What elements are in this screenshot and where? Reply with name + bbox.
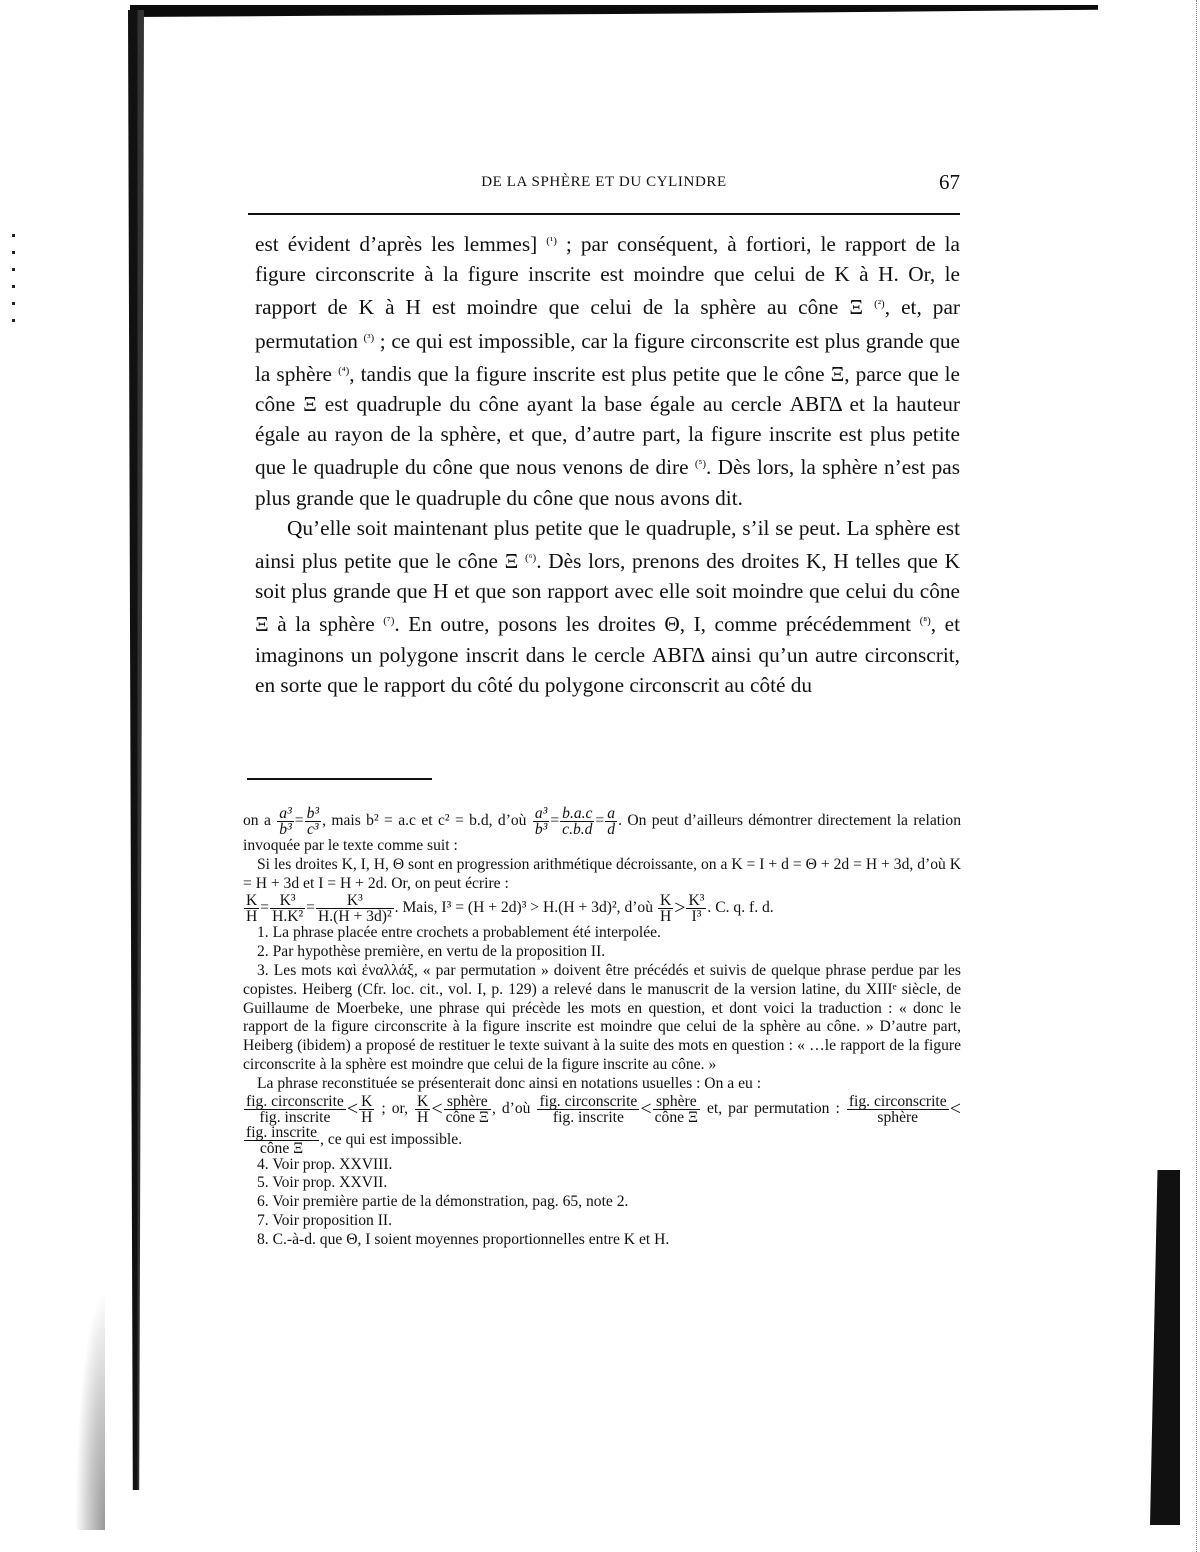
less-than: < xyxy=(640,1098,651,1120)
equals: = xyxy=(595,812,604,829)
denominator: sphère xyxy=(847,1110,949,1125)
footnote-7: 7. Voir proposition II. xyxy=(243,1212,961,1231)
footnote-number: 3. xyxy=(257,962,269,979)
footnote-ref-8[interactable]: (⁸) xyxy=(920,615,931,627)
footnote-ref-6[interactable]: (⁶) xyxy=(525,552,536,564)
fraction: fig. circonscritefig. inscrite xyxy=(537,1094,639,1125)
fraction: ad xyxy=(605,806,617,837)
fraction: a³b³ xyxy=(533,806,549,837)
text-run: . C. q. f. d. xyxy=(707,899,773,916)
denominator: H xyxy=(415,1110,430,1125)
text-run: , ce qui est impossible. xyxy=(320,1131,462,1148)
denominator: H.(H + 3d)² xyxy=(316,909,394,924)
text-run: et, par permutation : xyxy=(707,1100,840,1117)
denominator: c³ xyxy=(305,822,321,837)
numerator: b.a.c xyxy=(560,806,594,822)
running-title: DE LA SPHÈRE ET DU CYLINDRE xyxy=(248,174,960,191)
text-run: , d’où xyxy=(492,1100,531,1117)
denominator: fig. inscrite xyxy=(537,1110,639,1125)
running-header: DE LA SPHÈRE ET DU CYLINDRE 67 xyxy=(248,170,960,196)
footnote-text: Voir première partie de la démonstration… xyxy=(272,1193,628,1210)
less-than: < xyxy=(347,1098,358,1120)
less-than: < xyxy=(950,1098,961,1120)
fraction: KH xyxy=(244,893,259,924)
fraction: sphèrecône Ξ xyxy=(444,1094,491,1125)
fraction: K³I³ xyxy=(686,893,706,924)
numerator: b³ xyxy=(305,806,321,822)
margin-specks xyxy=(12,220,18,420)
fraction: KH xyxy=(415,1094,430,1125)
main-text: est évident d’après les lemmes] (¹) ; pa… xyxy=(255,226,960,700)
footnote-text: Par hypothèse première, en vertu de la p… xyxy=(273,943,606,960)
footnote-text: La phrase placée entre crochets a probab… xyxy=(273,924,661,941)
denominator: cône Ξ xyxy=(244,1141,319,1156)
footnote-number: 6. xyxy=(257,1193,269,1210)
fraction: fig. circonscritefig. inscrite xyxy=(244,1094,346,1125)
denominator: b³ xyxy=(277,822,293,837)
denominator: H.K² xyxy=(270,909,305,924)
scan-right-border xyxy=(1196,0,1198,1552)
footnote-ref-2[interactable]: (²) xyxy=(874,298,885,310)
footnote-text: Voir prop. XXVII. xyxy=(272,1174,387,1191)
scan-right-edge xyxy=(1150,1170,1180,1525)
footnote-number: 2. xyxy=(257,943,269,960)
denominator: H xyxy=(244,909,259,924)
text-run: La phrase reconstituée se présenterait d… xyxy=(257,1075,761,1092)
footnote-number: 7. xyxy=(257,1212,269,1229)
numerator: K xyxy=(244,893,259,909)
numerator: fig. circonscrite xyxy=(847,1094,949,1110)
numerator: fig. inscrite xyxy=(244,1125,319,1141)
text-run: . En outre, posons les droites Θ, I, com… xyxy=(394,612,919,636)
footnote-5: 5. Voir prop. XXVII. xyxy=(243,1174,961,1193)
fraction: K³H.K² xyxy=(270,893,305,924)
fraction: sphèrecône Ξ xyxy=(653,1094,700,1125)
text-run: on a xyxy=(243,812,271,829)
fraction: fig. inscritecône Ξ xyxy=(244,1125,319,1156)
equals: = xyxy=(550,812,559,829)
footnote-1: 1. La phrase placée entre crochets a pro… xyxy=(243,924,961,943)
scan-binding-shadow xyxy=(128,10,144,1490)
denominator: cône Ξ xyxy=(653,1110,700,1125)
numerator: sphère xyxy=(653,1094,700,1110)
footnote-ref-4[interactable]: (⁴) xyxy=(338,365,349,377)
numerator: fig. circonscrite xyxy=(537,1094,639,1110)
numerator: sphère xyxy=(444,1094,491,1110)
numerator: K³ xyxy=(686,893,706,909)
text-run: . Mais, I³ = (H + 2d)³ > H.(H + 3d)², d’… xyxy=(395,899,653,916)
footnote-text: C.-à-d. que Θ, I soient moyennes proport… xyxy=(273,1231,670,1248)
numerator: fig. circonscrite xyxy=(244,1094,346,1110)
footnote-3: 3. Les mots καὶ ἐναλλάξ, « par permutati… xyxy=(243,962,961,1075)
footnotes: on a a³b³=b³c³, mais b² = a.c et c² = b.… xyxy=(243,806,961,1250)
footnote-6: 6. Voir première partie de la démonstrat… xyxy=(243,1193,961,1212)
paragraph-2: Qu’elle soit maintenant plus petite que … xyxy=(255,513,960,700)
fraction: K³H.(H + 3d)² xyxy=(316,893,394,924)
fraction: KH xyxy=(658,893,673,924)
fraction: b³c³ xyxy=(305,806,321,837)
numerator: a³ xyxy=(277,806,293,822)
reconstitution-formula: fig. circonscritefig. inscrite<KH ; or, … xyxy=(243,1094,961,1156)
footnote-number: 4. xyxy=(257,1156,269,1173)
numerator: a xyxy=(605,806,617,822)
text-run: est évident d’après les lemmes] xyxy=(255,232,546,256)
footnote-ref-1[interactable]: (¹) xyxy=(546,235,557,247)
denominator: I³ xyxy=(686,909,706,924)
less-than: < xyxy=(431,1098,442,1120)
denominator: b³ xyxy=(533,822,549,837)
footnote-text: Voir prop. XXVIII. xyxy=(272,1156,392,1173)
scan-shadow-fade xyxy=(75,1290,105,1530)
denominator: c.b.d xyxy=(560,822,594,837)
footnote-number: 8. xyxy=(257,1231,269,1248)
footnote-ref-5[interactable]: (⁵) xyxy=(695,458,706,470)
fraction: fig. circonscritesphère xyxy=(847,1094,949,1125)
header-rule xyxy=(248,213,960,215)
fraction: a³b³ xyxy=(277,806,293,837)
text-run: , mais b² = a.c et c² = b.d, d’où xyxy=(322,812,526,829)
footnote-rule xyxy=(247,778,432,780)
fraction: KH xyxy=(359,1094,374,1125)
footnote-8: 8. C.-à-d. que Θ, I soient moyennes prop… xyxy=(243,1231,961,1250)
footnote-proof-formula: KH=K³H.K²=K³H.(H + 3d)². Mais, I³ = (H +… xyxy=(243,893,961,924)
numerator: a³ xyxy=(533,806,549,822)
fraction: b.a.cc.b.d xyxy=(560,806,594,837)
footnote-number: 5. xyxy=(257,1174,269,1191)
scan-top-edge xyxy=(130,5,1098,17)
footnote-proof: Si les droites K, I, H, Θ sont en progre… xyxy=(243,856,961,894)
denominator: H xyxy=(359,1110,374,1125)
text-run: Si les droites K, I, H, Θ sont en progre… xyxy=(243,856,961,892)
equals: = xyxy=(295,812,304,829)
footnote-4: 4. Voir prop. XXVIII. xyxy=(243,1156,961,1175)
denominator: fig. inscrite xyxy=(244,1110,346,1125)
footnote-3-reconstitution: La phrase reconstituée se présenterait d… xyxy=(243,1075,961,1094)
denominator: d xyxy=(605,822,617,837)
numerator: K³ xyxy=(270,893,305,909)
greater-than: > xyxy=(674,897,685,919)
page-number: 67 xyxy=(939,170,960,195)
footnote-text: Voir proposition II. xyxy=(272,1212,392,1229)
footnote-ref-7[interactable]: (⁷) xyxy=(383,615,394,627)
numerator: K xyxy=(658,893,673,909)
footnote-2: 2. Par hypothèse première, en vertu de l… xyxy=(243,943,961,962)
footnote-ref-3[interactable]: (³) xyxy=(364,332,375,344)
text-run: ; or, xyxy=(375,1100,408,1117)
footnote-text: Les mots καὶ ἐναλλάξ, « par permutation … xyxy=(243,962,961,1073)
footnote-number: 1. xyxy=(257,924,269,941)
numerator: K xyxy=(415,1094,430,1110)
paragraph-1: est évident d’après les lemmes] (¹) ; pa… xyxy=(255,226,960,513)
footnote-continuation: on a a³b³=b³c³, mais b² = a.c et c² = b.… xyxy=(243,806,961,856)
numerator: K xyxy=(359,1094,374,1110)
denominator: cône Ξ xyxy=(444,1110,491,1125)
denominator: H xyxy=(658,909,673,924)
numerator: K³ xyxy=(316,893,394,909)
